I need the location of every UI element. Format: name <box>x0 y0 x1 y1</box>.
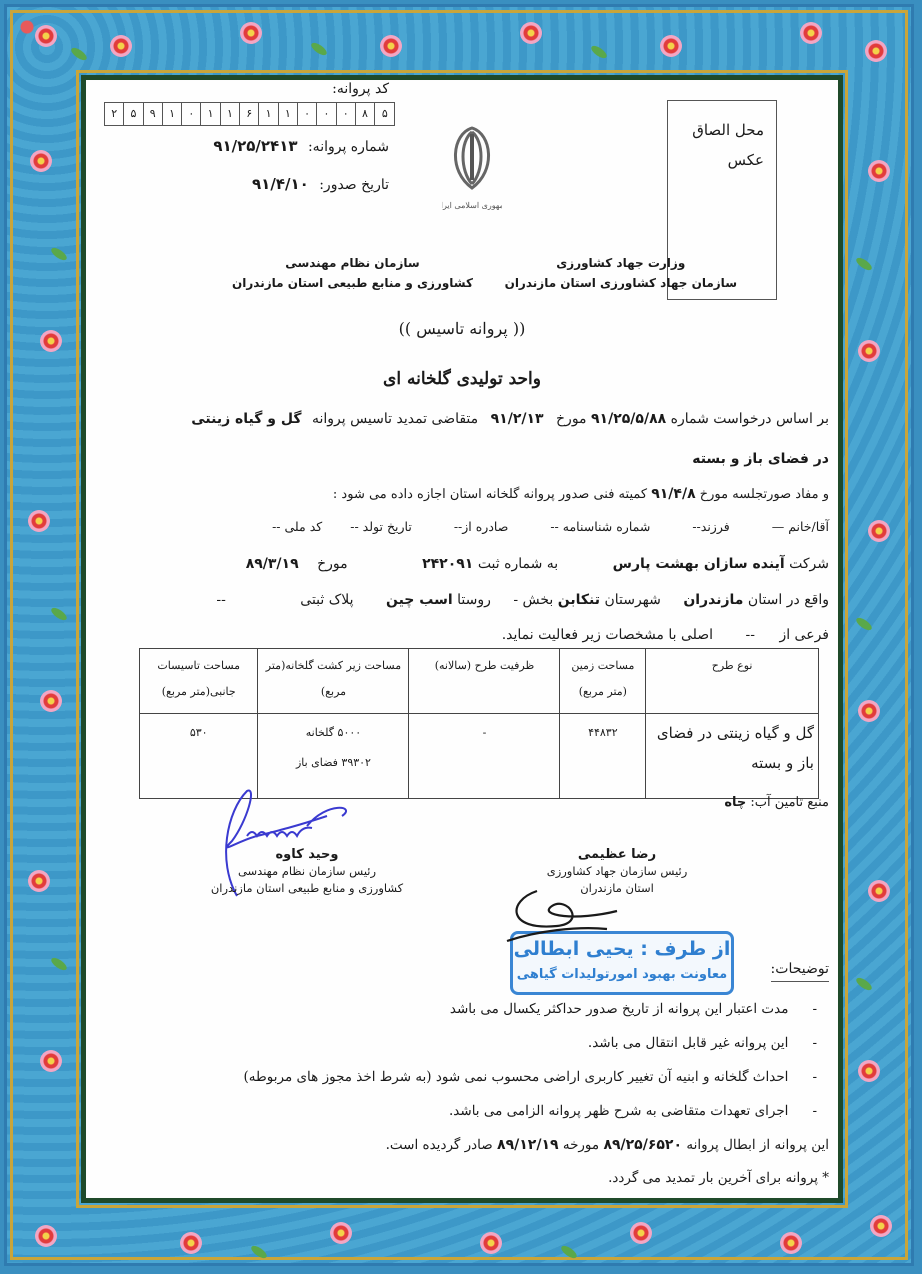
photo-label-line2: عکس <box>680 145 764 175</box>
note-item: -احداث گلخانه و ابنیه آن تغییر کاربری ار… <box>244 1069 817 1085</box>
signatory-right-title1: رئیس سازمان جهاد کشاورزی <box>502 863 732 880</box>
cultivation-open: ۳۹۳۰۲ فضای باز <box>262 748 404 778</box>
signature-right-icon <box>497 881 627 951</box>
code-digit: ۰ <box>317 103 336 125</box>
notes-label: توضیحات: <box>771 961 829 982</box>
cultivation-greenhouse: ۵۰۰۰ گلخانه <box>262 718 404 748</box>
flower-ornament <box>780 1232 802 1254</box>
field-father: فرزند-- <box>692 519 729 534</box>
code-digit: ۱ <box>163 103 182 125</box>
flower-ornament <box>240 22 262 44</box>
note-text: احداث گلخانه و ابنیه آن تغییر کاربری ارا… <box>244 1069 789 1085</box>
document-title: (( پروانه تاسیس )) <box>87 319 837 338</box>
flower-ornament <box>858 700 880 722</box>
code-digit: ۰ <box>298 103 317 125</box>
annulment-dated-label: مورخه <box>563 1137 599 1153</box>
province-value: مازندران <box>683 592 743 608</box>
approval-prefix: و مفاد صورتجلسه مورخ <box>700 487 829 502</box>
final-note: * پروانه برای آخرین بار تمدید می گردد. <box>608 1170 829 1186</box>
field-id-number: شماره شناسنامه -- <box>550 519 650 534</box>
village-value: اسب چین <box>386 592 453 608</box>
code-digit: ۰ <box>182 103 201 125</box>
flower-ornament <box>630 1222 652 1244</box>
annulment-line: این پروانه از ابطال پروانه ۸۹/۲۵/۶۵۲۰ مو… <box>386 1137 829 1153</box>
note-text: مدت اعتبار این پروانه از تاریخ صدور حداک… <box>450 1001 789 1017</box>
flower-ornament <box>28 510 50 532</box>
plot-label: پلاک ثبتی <box>300 592 353 608</box>
code-digit: ۱ <box>201 103 220 125</box>
signatory-right-name: رضا عظیمی <box>502 846 732 863</box>
flower-ornament <box>30 150 52 172</box>
org-engineering-line1: سازمان نظام مهندسی <box>232 253 473 273</box>
col-header-ancillary: مساحت تاسیسات جانبی(متر مربع) <box>140 649 258 714</box>
plot-value: -- <box>216 592 225 608</box>
org-engineering: سازمان نظام مهندسی کشاورزی و منابع طبیعی… <box>232 253 473 293</box>
annulment-suffix: صادر گردیده است. <box>386 1137 493 1153</box>
district-label: بخش <box>523 592 554 608</box>
approval-line: و مفاد صورتجلسه مورخ ۹۱/۴/۸ کمیته فنی صد… <box>333 486 829 502</box>
cell-capacity: - <box>409 714 560 799</box>
flower-ornament <box>480 1232 502 1254</box>
certificate-page: محل الصاق عکس جمهوری اسلامی ایران کد پرو… <box>87 81 837 1197</box>
note-item: -این پروانه غیر قابل انتقال می باشد. <box>588 1035 817 1051</box>
company-name: آینده سازان بهشت پارس <box>613 556 785 572</box>
code-digit: ۵ <box>375 103 394 125</box>
note-text: اجرای تعهدات متقاضی به شرح ظهر پروانه ال… <box>449 1103 788 1119</box>
annulment-prefix: این پروانه از ابطال پروانه <box>686 1137 829 1153</box>
company-line: شرکت آینده سازان بهشت پارس به شماره ثبت … <box>246 556 829 572</box>
company-label: شرکت <box>789 556 829 572</box>
note-bullet: - <box>812 1103 817 1119</box>
org-ministry: وزارت جهاد کشاورزی سازمان جهاد کشاورزی ا… <box>505 253 737 293</box>
signatory-left-title1: رئیس سازمان نظام مهندسی <box>182 863 432 880</box>
code-digit: ۵ <box>124 103 143 125</box>
photo-label-line1: محل الصاق <box>680 115 764 145</box>
flower-ornament <box>40 690 62 712</box>
flower-ornament <box>380 35 402 57</box>
company-reg-label: به شماره ثبت <box>478 556 558 572</box>
flower-ornament <box>35 1225 57 1247</box>
subplot-suffix: اصلی با مشخصات زیر فعالیت نماید. <box>502 627 713 643</box>
table-header-row: نوع طرح مساحت زمین (متر مربع) ظرفیت طرح … <box>140 649 819 714</box>
flower-ornament <box>868 880 890 902</box>
license-code-label: کد پروانه: <box>332 81 389 97</box>
flower-ornament <box>868 520 890 542</box>
org-engineering-line2: کشاورزی و منابع طبیعی استان مازندران <box>232 273 473 293</box>
request-date: ۹۱/۲/۱۳ <box>491 411 544 427</box>
license-number-label: شماره پروانه: <box>308 139 389 155</box>
flower-ornament <box>180 1232 202 1254</box>
flower-ornament <box>660 35 682 57</box>
stamp-line2: معاونت بهبود امورتولیدات گیاهی <box>513 964 731 986</box>
flower-ornament <box>868 160 890 182</box>
annulment-date: ۸۹/۱۲/۱۹ <box>497 1137 559 1153</box>
flower-ornament <box>800 22 822 44</box>
note-bullet: - <box>812 1035 817 1051</box>
signatory-left-name: وحید کاوه <box>182 846 432 863</box>
village-label: روستا <box>457 592 491 608</box>
subplot-line: فرعی از -- اصلی با مشخصات زیر فعالیت نما… <box>502 627 829 643</box>
person-fields: آقا/خانم — فرزند-- شماره شناسنامه -- صاد… <box>272 519 829 534</box>
subplot-label: فرعی از <box>779 627 829 643</box>
county-value: تنکابن <box>558 592 600 608</box>
note-item: -اجرای تعهدات متقاضی به شرح ظهر پروانه ا… <box>449 1103 817 1119</box>
field-national-code: کد ملی -- <box>272 519 322 534</box>
flower-ornament <box>870 1215 892 1237</box>
request-number: ۹۱/۲۵/۵/۸۸ <box>591 411 666 427</box>
subplot-value: -- <box>746 627 755 643</box>
code-digit: ۸ <box>356 103 375 125</box>
code-digit: ۰ <box>337 103 356 125</box>
flower-ornament <box>865 40 887 62</box>
company-date: ۸۹/۳/۱۹ <box>246 556 299 572</box>
code-digit: ۹ <box>144 103 163 125</box>
svg-text:جمهوری اسلامی ایران: جمهوری اسلامی ایران <box>442 201 502 210</box>
company-dated-label: مورخ <box>317 556 348 572</box>
flower-ornament <box>40 1050 62 1072</box>
flower-ornament <box>858 1060 880 1082</box>
note-item: -مدت اعتبار این پروانه از تاریخ صدور حدا… <box>450 1001 817 1017</box>
request-prefix: بر اساس درخواست شماره <box>671 411 829 427</box>
signatory-left: وحید کاوه رئیس سازمان نظام مهندسی کشاورز… <box>182 846 432 897</box>
field-birth-date: تاریخ تولد -- <box>350 519 412 534</box>
request-dated-label: مورخ <box>556 411 587 427</box>
annulment-number: ۸۹/۲۵/۶۵۲۰ <box>603 1137 682 1153</box>
province-label: واقع در استان <box>748 592 829 608</box>
license-code-grid: ۲ ۵ ۹ ۱ ۰ ۱ ۱ ۶ ۱ ۱ ۰ ۰ ۰ ۸ ۵ <box>104 102 395 126</box>
flower-ornament <box>858 340 880 362</box>
company-reg-number: ۲۴۲۰۹۱ <box>422 556 473 572</box>
flower-ornament <box>330 1222 352 1244</box>
spec-table: نوع طرح مساحت زمین (متر مربع) ظرفیت طرح … <box>139 648 819 799</box>
approval-suffix: کمیته فنی صدور پروانه گلخانه استان اجازه… <box>333 487 647 502</box>
code-digit: ۱ <box>259 103 278 125</box>
flower-ornament <box>110 35 132 57</box>
flower-ornament <box>35 25 57 47</box>
request-line: بر اساس درخواست شماره ۹۱/۲۵/۵/۸۸ مورخ ۹۱… <box>191 411 829 427</box>
flower-ornament <box>28 870 50 892</box>
cell-land-area: ۴۴۸۳۲ <box>560 714 646 799</box>
license-number: شماره پروانه: ۹۱/۲۵/۲۴۱۳ <box>213 137 389 155</box>
document-subtitle: واحد تولیدی گلخانه ای <box>87 369 837 389</box>
cell-type: گل و گیاه زینتی در فضای باز و بسته <box>646 714 819 799</box>
org-ministry-line1: وزارت جهاد کشاورزی <box>505 253 737 273</box>
approval-date: ۹۱/۴/۸ <box>651 486 695 502</box>
field-name: آقا/خانم — <box>772 519 829 534</box>
issue-date-value: ۹۱/۴/۱۰ <box>252 175 309 193</box>
iran-emblem-icon: جمهوری اسلامی ایران <box>442 116 502 216</box>
request-applicant-text: متقاضی تمدید تاسیس پروانه <box>312 411 478 427</box>
license-number-value: ۹۱/۲۵/۲۴۱۳ <box>213 137 297 155</box>
location-line: واقع در استان مازندران شهرستان تنکابن بخ… <box>216 592 829 608</box>
code-digit: ۶ <box>240 103 259 125</box>
code-digit: ۱ <box>221 103 240 125</box>
col-header-land-area: مساحت زمین (متر مربع) <box>560 649 646 714</box>
request-product: گل و گیاه زینتی <box>191 411 301 427</box>
col-header-cultivation: مساحت زیر کشت گلخانه(متر مربع) <box>258 649 409 714</box>
county-label: شهرستان <box>604 592 660 608</box>
flower-ornament <box>40 330 62 352</box>
field-issued-from: صادره از-- <box>454 519 509 534</box>
issue-date-label: تاریخ صدور: <box>319 177 389 193</box>
request-product-cont: در فضای باز و بسته <box>692 451 829 467</box>
col-header-capacity: ظرفیت طرح (سالانه) <box>409 649 560 714</box>
district-value: - <box>513 592 518 608</box>
flower-ornament <box>520 22 542 44</box>
note-text: این پروانه غیر قابل انتقال می باشد. <box>588 1035 789 1051</box>
water-source-label: منبع تامین آب: <box>750 795 829 810</box>
water-source-value: چاه <box>724 795 746 810</box>
signatory-left-title2: کشاورزی و منابع طبیعی استان مازندران <box>182 880 432 897</box>
request-line-cont: در فضای باز و بسته <box>692 451 829 467</box>
code-digit: ۲ <box>105 103 124 125</box>
org-ministry-line2: سازمان جهاد کشاورزی استان مازندران <box>505 273 737 293</box>
code-digit: ۱ <box>279 103 298 125</box>
note-bullet: - <box>812 1069 817 1085</box>
note-bullet: - <box>812 1001 817 1017</box>
col-header-type: نوع طرح <box>646 649 819 714</box>
issue-date: تاریخ صدور: ۹۱/۴/۱۰ <box>252 175 389 193</box>
water-source: منبع تامین آب: چاه <box>724 795 829 810</box>
